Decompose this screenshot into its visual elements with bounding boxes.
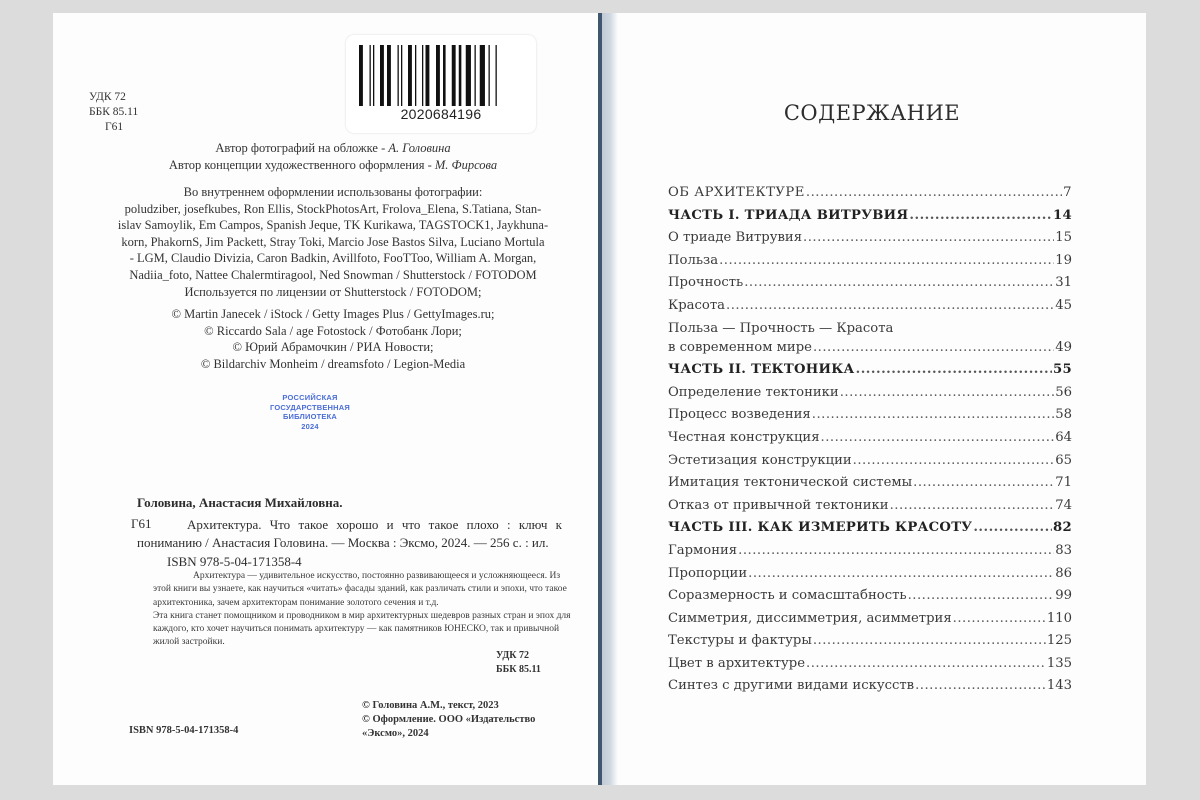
udk-header: УДК 72 ББК 85.11 Г61 [89, 90, 138, 135]
copyright-design-cont: «Эксмо», 2024 [362, 727, 535, 741]
udk-code: УДК 72 [89, 90, 138, 105]
copyright-footer: © Головина А.М., текст, 2023 © Оформлени… [362, 699, 535, 741]
toc-entry-label: Процесс возведения [668, 407, 811, 422]
dot-leader [813, 340, 1054, 355]
toc-entry-label: Эстетизация конструкции [668, 453, 852, 468]
photo-credit-line: islav Samoylik, Em Campos, Spanish Jeque… [93, 217, 573, 234]
toc-entry-page: 83 [1055, 543, 1072, 558]
copyright-lines: © Martin Janecek / iStock / Getty Images… [93, 306, 573, 372]
toc-entry-label: Отказ от привычной тектоники [668, 498, 889, 513]
toc-entry-page: 45 [1055, 298, 1072, 313]
dot-leader [890, 498, 1055, 513]
toc-entry-page: 49 [1055, 340, 1072, 355]
stamp-line: БИБЛИОТЕКА [260, 412, 360, 422]
barcode-sticker: 2020684196 [346, 35, 536, 133]
dot-leader [803, 230, 1054, 245]
stamp-line: 2024 [260, 422, 360, 432]
toc-entry-page: 55 [1053, 362, 1072, 377]
dot-leader [806, 185, 1062, 200]
toc-entry-page: 74 [1055, 498, 1072, 513]
toc-entry: Прочность31 [668, 275, 1072, 298]
toc-entry-page: 99 [1055, 588, 1072, 603]
dot-leader [719, 253, 1054, 268]
udk-footer: УДК 72 ББК 85.11 [496, 649, 541, 677]
table-of-contents: ОБ АРХИТЕКТУРЕ7ЧАСТЬ I. ТРИАДА ВИТРУВИЯ1… [668, 185, 1072, 701]
toc-entry: Пропорции86 [668, 566, 1072, 589]
toc-entry-page: 110 [1047, 611, 1072, 626]
toc-entry-label: Соразмерность и сомасштабность [668, 588, 907, 603]
toc-entry-page: 65 [1055, 453, 1072, 468]
isbn-footer: ISBN 978-5-04-171358-4 [129, 725, 238, 736]
toc-entry-page: 143 [1047, 678, 1072, 693]
toc-entry-page: 15 [1055, 230, 1072, 245]
toc-entry-page: 56 [1055, 385, 1072, 400]
toc-entry: Отказ от привычной тектоники74 [668, 498, 1072, 521]
photo-credit-line: Nadiia_foto, Nattee Chalermtiragool, Ned… [93, 267, 573, 284]
dot-leader [840, 385, 1055, 400]
toc-entry-label: Симметрия, диссимметрия, асимметрия [668, 611, 952, 626]
toc-entry-page: 19 [1055, 253, 1072, 268]
right-page: СОДЕРЖАНИЕ ОБ АРХИТЕКТУРЕ7ЧАСТЬ I. ТРИАД… [598, 13, 1146, 785]
toc-entry: Синтез с другими видами искусств143 [668, 678, 1072, 701]
dot-leader [738, 543, 1054, 558]
toc-entry-label: Имитация тектонической системы [668, 475, 912, 490]
toc-title: СОДЕРЖАНИЕ [598, 101, 1146, 125]
toc-entry-page: 7 [1063, 185, 1072, 200]
toc-entry-label: Пропорции [668, 566, 747, 581]
photo-credit-line: Во внутреннем оформлении использованы фо… [93, 184, 573, 201]
toc-entry-label: ОБ АРХИТЕКТУРЕ [668, 185, 805, 200]
toc-entry-label: ЧАСТЬ III. КАК ИЗМЕРИТЬ КРАСОТУ [668, 520, 972, 535]
toc-entry: Цвет в архитектуре135 [668, 656, 1072, 679]
toc-entry-label: Гармония [668, 543, 737, 558]
toc-entry: Польза — Прочность — Красотав современно… [668, 321, 1072, 363]
toc-entry: Польза19 [668, 253, 1072, 276]
toc-entry-label: Польза [668, 253, 718, 268]
dot-leader [744, 275, 1054, 290]
bib-isbn: ISBN 978-5-04-171358-4 [167, 554, 302, 570]
copyright-line: © Юрий Абрамочкин / РИА Новости; [93, 339, 573, 356]
credits-authors: Автор фотографий на обложке - А. Головин… [93, 140, 573, 173]
cover-photo-author: Автор фотографий на обложке - А. Головин… [93, 140, 573, 157]
toc-entry-page: 125 [1047, 633, 1072, 648]
toc-entry: ЧАСТЬ II. ТЕКТОНИКА55 [668, 362, 1072, 385]
stamp-line: РОССИЙСКАЯ [260, 393, 360, 403]
toc-entry-label: Текстуры и фактуры [668, 633, 812, 648]
dot-leader [821, 430, 1055, 445]
toc-entry-page: 31 [1055, 275, 1072, 290]
library-stamp: РОССИЙСКАЯГОСУДАРСТВЕННАЯБИБЛИОТЕКА2024 [260, 393, 360, 431]
license-line: Используется по лицензии от Shutterstock… [93, 284, 573, 301]
barcode-icon [357, 45, 522, 106]
copyright-design: © Оформление. ООО «Издательство [362, 713, 535, 727]
dot-leader [913, 475, 1054, 490]
bbk-footer-code: ББК 85.11 [496, 663, 541, 677]
dot-leader [813, 633, 1046, 648]
toc-entry-page: 135 [1047, 656, 1072, 671]
photo-credits: Во внутреннем оформлении использованы фо… [93, 184, 573, 283]
copyright-line: © Bildarchiv Monheim / dreamsfoto / Legi… [93, 356, 573, 373]
annotation: Архитектура — удивительное искусство, по… [153, 570, 573, 650]
dot-leader [748, 566, 1054, 581]
dot-leader [915, 678, 1046, 693]
udk-footer-code: УДК 72 [496, 649, 541, 663]
toc-entry-label: Польза — Прочность — Красота [668, 321, 893, 336]
toc-entry: Определение тектоники56 [668, 385, 1072, 408]
toc-entry-label: Прочность [668, 275, 743, 290]
toc-entry-page: 86 [1055, 566, 1072, 581]
dot-leader [812, 407, 1054, 422]
bbk-code: ББК 85.11 [89, 105, 138, 120]
toc-entry-label: ЧАСТЬ II. ТЕКТОНИКА [668, 362, 855, 377]
dot-leader [953, 611, 1046, 626]
toc-entry-label: Цвет в архитектуре [668, 656, 805, 671]
toc-entry-label: Определение тектоники [668, 385, 839, 400]
toc-entry: ЧАСТЬ I. ТРИАДА ВИТРУВИЯ14 [668, 208, 1072, 231]
toc-entry-label: Красота [668, 298, 725, 313]
dot-leader [909, 208, 1052, 223]
toc-entry-label: О триаде Витрувия [668, 230, 802, 245]
toc-entry: Красота45 [668, 298, 1072, 321]
toc-entry-page: 71 [1055, 475, 1072, 490]
toc-entry: Имитация тектонической системы71 [668, 475, 1072, 498]
dot-leader [853, 453, 1055, 468]
dot-leader [726, 298, 1054, 313]
author-mark: Г61 [89, 120, 138, 135]
toc-entry: ЧАСТЬ III. КАК ИЗМЕРИТЬ КРАСОТУ82 [668, 520, 1072, 543]
bib-author: Головина, Анастасия Михайловна. [137, 495, 342, 511]
design-concept-author: Автор концепции художественного оформлен… [93, 157, 573, 174]
stamp-line: ГОСУДАРСТВЕННАЯ [260, 403, 360, 413]
toc-entry: ОБ АРХИТЕКТУРЕ7 [668, 185, 1072, 208]
dot-leader [973, 520, 1052, 535]
spine-line [598, 13, 602, 785]
toc-entry-label: Синтез с другими видами искусств [668, 678, 914, 693]
toc-entry: Эстетизация конструкции65 [668, 453, 1072, 476]
toc-entry-page: 82 [1053, 520, 1072, 535]
toc-entry: Процесс возведения58 [668, 407, 1072, 430]
toc-entry-label-cont: в современном мире [668, 340, 812, 355]
toc-entry-label: ЧАСТЬ I. ТРИАДА ВИТРУВИЯ [668, 208, 908, 223]
toc-entry: Текстуры и фактуры125 [668, 633, 1072, 656]
copyright-line: © Riccardo Sala / age Fotostock / Фотоба… [93, 323, 573, 340]
photo-credit-line: korn, PhakornS, Jim Packett, Stray Toki,… [93, 234, 573, 251]
toc-entry-page: 58 [1055, 407, 1072, 422]
copyright-line: © Martin Janecek / iStock / Getty Images… [93, 306, 573, 323]
toc-entry: Честная конструкция64 [668, 430, 1072, 453]
toc-entry: Гармония83 [668, 543, 1072, 566]
copyright-text: © Головина А.М., текст, 2023 [362, 699, 535, 713]
dot-leader [856, 362, 1052, 377]
toc-entry: Симметрия, диссимметрия, асимметрия110 [668, 611, 1072, 634]
toc-entry-label: Честная конструкция [668, 430, 820, 445]
toc-entry-page: 14 [1053, 208, 1072, 223]
barcode-number: 2020684196 [346, 106, 536, 122]
toc-entry: О триаде Витрувия15 [668, 230, 1072, 253]
toc-entry-page: 64 [1055, 430, 1072, 445]
toc-entry: Соразмерность и сомасштабность99 [668, 588, 1072, 611]
dot-leader [908, 588, 1055, 603]
bib-description: Архитектура. Что такое хорошо и что тако… [137, 516, 562, 552]
left-page: УДК 72 ББК 85.11 Г61 2020684196 Автор фо… [53, 13, 598, 785]
photo-credit-line: poludziber, josefkubes, Ron Ellis, Stock… [93, 201, 573, 218]
dot-leader [806, 656, 1046, 671]
photo-credit-line: - LGM, Claudio Divizia, Caron Badkin, Av… [93, 250, 573, 267]
